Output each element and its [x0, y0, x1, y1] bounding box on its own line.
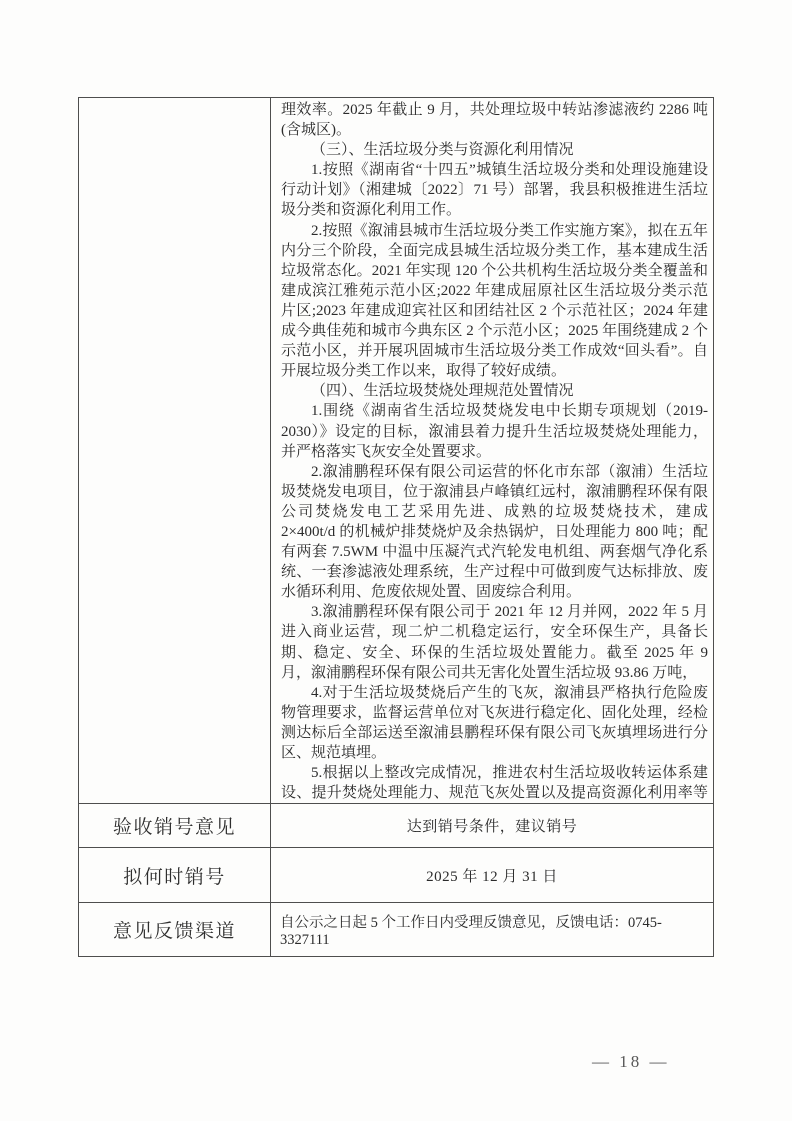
acceptance-opinion-label: 验收销号意见 [79, 803, 270, 847]
cancellation-date-value: 2025 年 12 月 31 日 [270, 847, 713, 902]
paragraph-incineration-3: 3.溆浦鹏程环保有限公司于 2021 年 12 月并网，2022 年 5 月进入… [281, 602, 708, 682]
empty-label-cell [79, 98, 270, 803]
paragraph-classification-1: 1.按照《湖南省“十四五”城镇生活垃圾分类和处理设施建设行动计划》（湘建城〔20… [281, 160, 708, 220]
feedback-channel-value: 自公示之日起 5 个工作日内受理反馈意见，反馈电话：0745-3327111 [270, 902, 713, 956]
paragraph-incineration-1: 1.围绕《湖南省生活垃圾焚烧发电中长期专项规划（2019-2030）》设定的目标… [281, 401, 708, 461]
section-heading-3: （三）、生活垃圾分类与资源化利用情况 [281, 140, 708, 160]
paragraph-incineration-2: 2.溆浦鹏程环保有限公司运营的怀化市东部（溆浦）生活垃圾焚烧发电项目，位于溆浦县… [281, 462, 708, 603]
remediation-verification-table: 理效率。2025 年截止 9 月，共处理垃圾中转站渗滤液约 2286 吨(含城区… [78, 97, 714, 957]
paragraph-continuation: 理效率。2025 年截止 9 月，共处理垃圾中转站渗滤液约 2286 吨(含城区… [281, 100, 708, 140]
paragraph-classification-2: 2.按照《溆浦县城市生活垃圾分类工作实施方案》，拟在五年内分三个阶段，全面完成县… [281, 221, 708, 382]
remediation-details-cell: 理效率。2025 年截止 9 月，共处理垃圾中转站渗滤液约 2286 吨(含城区… [270, 98, 713, 803]
paragraph-flyash-4: 4.对于生活垃圾焚烧后产生的飞灰，溆浦县严格执行危险废物管理要求，监督运营单位对… [281, 683, 708, 763]
feedback-channel-label: 意见反馈渠道 [79, 902, 270, 956]
section-heading-4: （四）、生活垃圾焚烧处理规范处置情况 [281, 381, 708, 401]
page-number: — 18 — [592, 1052, 670, 1072]
acceptance-opinion-value: 达到销号条件，建议销号 [270, 803, 713, 847]
document-page: 理效率。2025 年截止 9 月，共处理垃圾中转站渗滤液约 2286 吨(含城区… [0, 0, 792, 1121]
paragraph-summary-5: 5.根据以上整改完成情况，推进农村生活垃圾收转运体系建设、提升焚烧处理能力、规范… [281, 763, 708, 803]
cancellation-date-label: 拟何时销号 [79, 847, 270, 902]
